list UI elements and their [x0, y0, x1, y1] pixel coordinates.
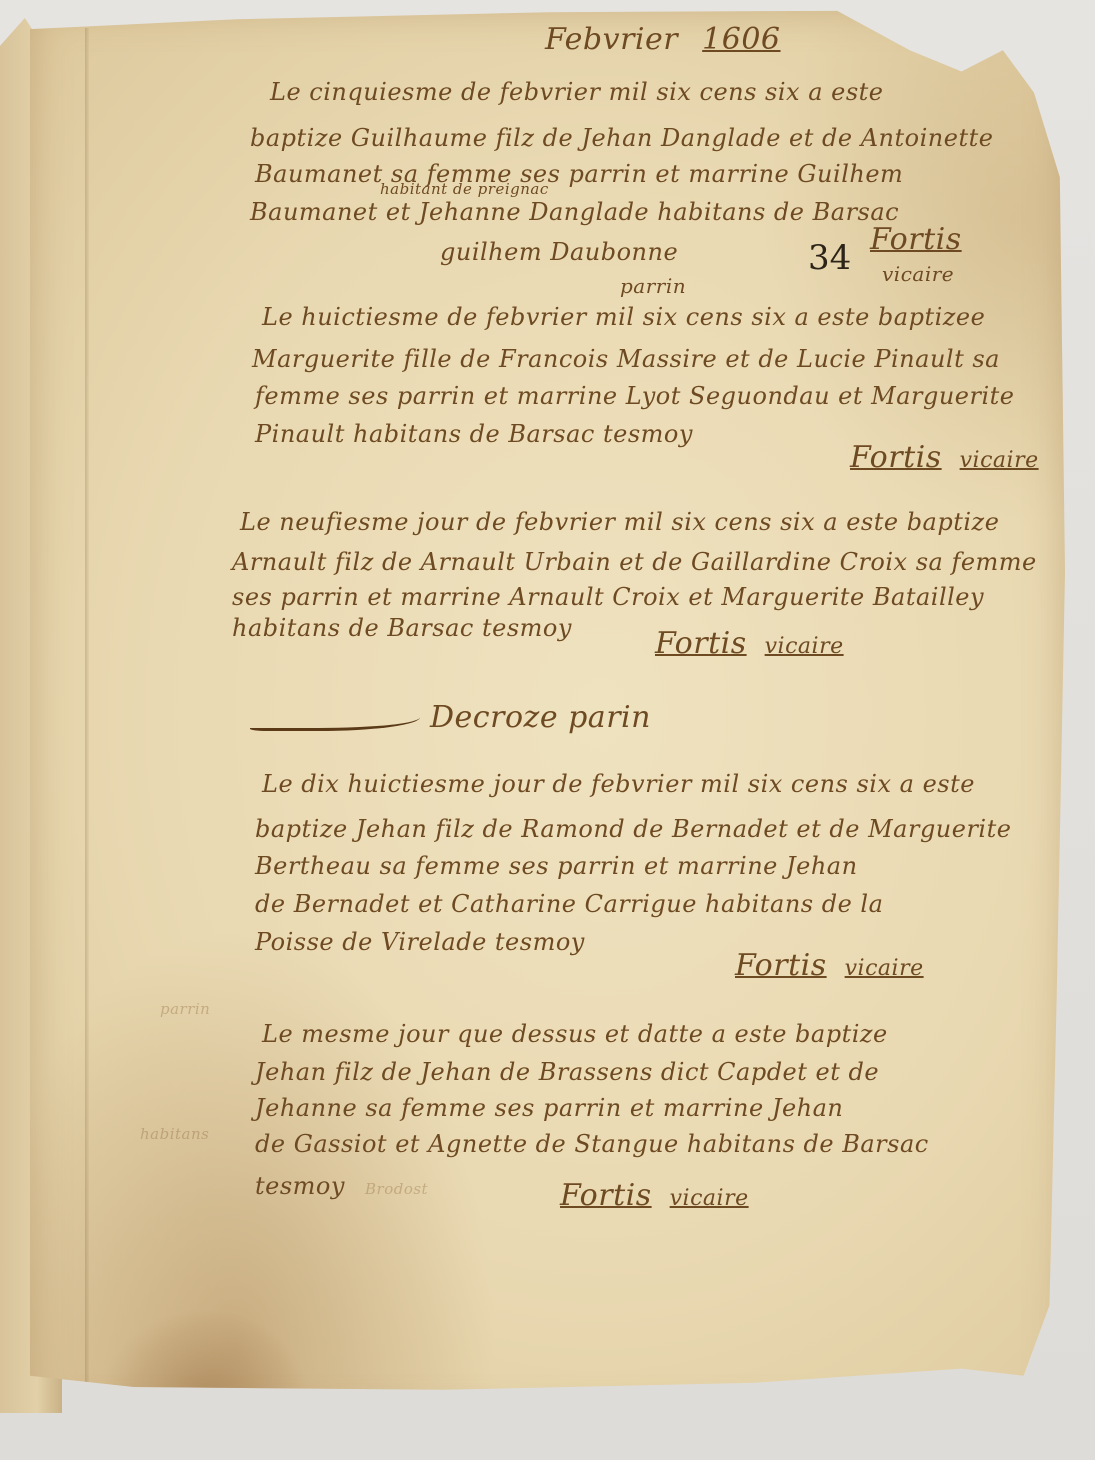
bleedthrough-text: habitans [140, 1125, 209, 1143]
entry-4-line-2: baptize Jehan filz de Ramond de Bernadet… [255, 815, 1011, 843]
entry-4-signature: Fortisvicaire [735, 948, 924, 983]
entry-5-line-5: tesmoy [255, 1172, 345, 1200]
entry-1-witness: guilhem Daubonne [440, 238, 678, 266]
entry-1-line-2: baptize Guilhaume filz de Jehan Danglade… [250, 124, 993, 152]
entry-3-signature: Fortisvicaire [655, 626, 844, 661]
entry-1-line-1: Le cinquiesme de febvrier mil six cens s… [270, 78, 884, 106]
entry-2-line-4: Pinault habitans de Barsac tesmoy [255, 420, 693, 448]
folio-number: 34 [808, 238, 851, 278]
entry-4-line-5: Poisse de Virelade tesmoy [255, 928, 585, 956]
entry-2-line-3: femme ses parrin et marrine Lyot Seguond… [255, 382, 1015, 410]
entry-5-line-4: de Gassiot et Agnette de Stangue habitan… [255, 1130, 929, 1158]
entry-1-witness-role: parrin [620, 274, 686, 298]
bleedthrough-text: Brodost [365, 1180, 428, 1198]
entry-4-heading: Decroze parin [430, 700, 651, 735]
entry-4-line-1: Le dix huictiesme jour de febvrier mil s… [262, 770, 975, 798]
fold-crease [85, 28, 89, 1418]
signature-title: vicaire [765, 634, 844, 659]
entry-2-line-2: Marguerite fille de Francois Massire et … [252, 345, 1000, 373]
signature-title: vicaire [845, 956, 924, 981]
signature-name: Fortis [655, 626, 747, 661]
signature-name: Fortis [850, 440, 942, 475]
entry-1-line-4: Baumanet et Jehanne Danglade habitans de… [250, 198, 899, 226]
entry-2-line-1: Le huictiesme de febvrier mil six cens s… [262, 303, 985, 331]
entry-1-signature: Fortis [870, 222, 962, 257]
entry-5-line-1: Le mesme jour que dessus et datte a este… [262, 1020, 888, 1048]
signature-name: Fortis [870, 222, 962, 257]
signature-title: vicaire [960, 448, 1039, 473]
signature-name: Fortis [560, 1178, 652, 1213]
signature-name: Fortis [735, 948, 827, 983]
entry-5-signature: Fortisvicaire [560, 1178, 749, 1213]
page-header-date: Febvrier 1606 [545, 22, 781, 57]
signature-title: vicaire [670, 1186, 749, 1211]
entry-5-line-3: Jehanne sa femme ses parrin et marrine J… [255, 1094, 843, 1122]
bleedthrough-text: parrin [160, 1000, 210, 1018]
entry-3-line-4: habitans de Barsac tesmoy [232, 614, 572, 642]
entry-2-signature: Fortisvicaire [850, 440, 1039, 475]
entry-1-signature-title: vicaire [882, 262, 954, 286]
entry-3-line-1: Le neufiesme jour de febvrier mil six ce… [240, 508, 999, 536]
entry-3-line-2: Arnault filz de Arnault Urbain et de Gai… [232, 548, 1037, 576]
entry-1-line-3: Baumanet sa femme ses parrin et marrine … [255, 160, 903, 188]
entry-1-interlinear: habitant de preignac [380, 180, 549, 198]
entry-5-line-2: Jehan filz de Jehan de Brassens dict Cap… [255, 1058, 879, 1086]
header-year: 1606 [702, 22, 780, 57]
entry-3-line-3: ses parrin et marrine Arnault Croix et M… [232, 583, 984, 611]
entry-4-line-4: de Bernadet et Catharine Carrigue habita… [255, 890, 883, 918]
header-month: Febvrier [545, 22, 678, 57]
entry-4-line-3: Bertheau sa femme ses parrin et marrine … [255, 852, 858, 880]
